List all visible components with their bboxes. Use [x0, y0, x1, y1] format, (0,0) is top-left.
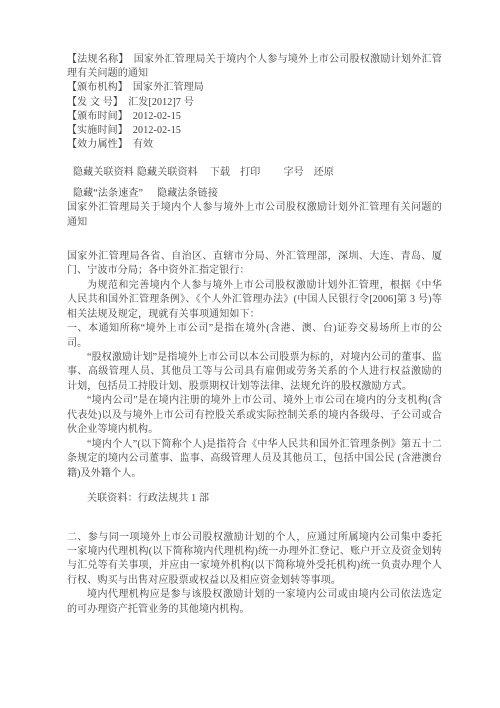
quicklinks-bar: 隐藏“法条速查”隐藏法条链接 [67, 187, 442, 200]
regulation-meta-block: 【法规名称】国家外汇管理局关于境内个人参与境外上市公司股权激励计划外汇管理有关问… [67, 53, 442, 152]
paragraph-salutation: 国家外汇管理局各省、自治区、直辖市分局、外汇管理部，深圳、大连、青岛、厦门、宁波… [67, 250, 442, 279]
download-link[interactable]: 下载 [210, 167, 230, 178]
meta-label-effective-date: 【实施时间】 [67, 125, 128, 136]
hide-article-links-link[interactable]: 隐藏法条链接 [157, 188, 218, 199]
meta-label-issuing-agency: 【颁布机构】 [67, 82, 128, 93]
meta-row-effective-date: 【实施时间】2012-02-15 [67, 124, 442, 138]
meta-row-regulation-name: 【法规名称】国家外汇管理局关于境内个人参与境外上市公司股权激励计划外汇管理有关问… [67, 53, 442, 81]
hide-related-materials-link-1[interactable]: 隐藏关联资料 [73, 167, 134, 178]
meta-value-document-number: 汇发[2012]7 号 [128, 97, 194, 108]
meta-row-validity-status: 【效力属性】有效 [67, 138, 442, 152]
hide-related-materials-link-2[interactable]: 隐藏关联资料 [137, 167, 198, 178]
related-materials-line: 关联资料：行政法规共 1 部 [67, 492, 442, 506]
paragraph-intro: 为规范和完善境内个人参与境外上市公司股权激励计划外汇管理，根据《中华人民共和国外… [67, 279, 442, 322]
paragraph-agent-requirement: 境内代理机构应是参与该股权激励计划的一家境内公司或由境内公司依法选定的可办理资产… [67, 588, 442, 617]
meta-value-validity-status: 有效 [133, 139, 153, 150]
meta-label-promulgation-date: 【颁布时间】 [67, 111, 128, 122]
print-link[interactable]: 打印 [240, 167, 260, 178]
restore-link[interactable]: 还原 [314, 167, 334, 178]
meta-value-issuing-agency: 国家外汇管理局 [133, 82, 204, 93]
paragraph-definition-domestic-company: “境内公司”是在境内注册的境外上市公司、境外上市公司在境内的分支机构(含代表处)… [67, 394, 442, 437]
law-document-page: 【法规名称】国家外汇管理局关于境内个人参与境外上市公司股权激励计划外汇管理有关问… [0, 0, 500, 708]
related-materials-count-link[interactable]: 行政法规共 1 部 [138, 493, 209, 504]
paragraph-definition-domestic-individual: “境内个人”(以下简称个人)是指符合《中华人民共和国外汇管理条例》第五十二条规定… [67, 438, 442, 481]
meta-value-promulgation-date: 2012-02-15 [133, 111, 181, 122]
hide-quick-search-link[interactable]: 隐藏“法条速查” [73, 188, 143, 199]
paragraph-section-2: 二、参与同一项境外上市公司股权激励计划的个人，应通过所属境内公司集中委托一家境内… [67, 531, 442, 589]
meta-label-regulation-name: 【法规名称】 [67, 54, 129, 65]
meta-row-document-number: 【发 文 号】汇发[2012]7 号 [67, 96, 442, 110]
meta-value-effective-date: 2012-02-15 [133, 125, 181, 136]
meta-label-validity-status: 【效力属性】 [67, 139, 128, 150]
meta-label-document-number: 【发 文 号】 [67, 97, 123, 108]
meta-row-issuing-agency: 【颁布机构】国家外汇管理局 [67, 81, 442, 95]
paragraph-section-1: 一、本通知所称“境外上市公司”是指在境外(含港、澳、台)证券交易场所上市的公司。 [67, 322, 442, 351]
paragraph-definition-equity-plan: “股权激励计划”是指境外上市公司以本公司股票为标的，对境内公司的董事、监事、高级… [67, 351, 442, 394]
meta-row-promulgation-date: 【颁布时间】2012-02-15 [67, 110, 442, 124]
toolbar: 隐藏关联资料隐藏关联资料下载打印字号还原 [67, 166, 442, 179]
font-size-link[interactable]: 字号 [283, 167, 303, 178]
related-materials-label: 关联资料： [87, 493, 138, 504]
document-title: 国家外汇管理局关于境内个人参与境外上市公司股权激励计划外汇管理有关问题的通知 [67, 201, 442, 229]
document-body: 国家外汇管理局各省、自治区、直辖市分局、外汇管理部，深圳、大连、青岛、厦门、宁波… [67, 250, 442, 617]
